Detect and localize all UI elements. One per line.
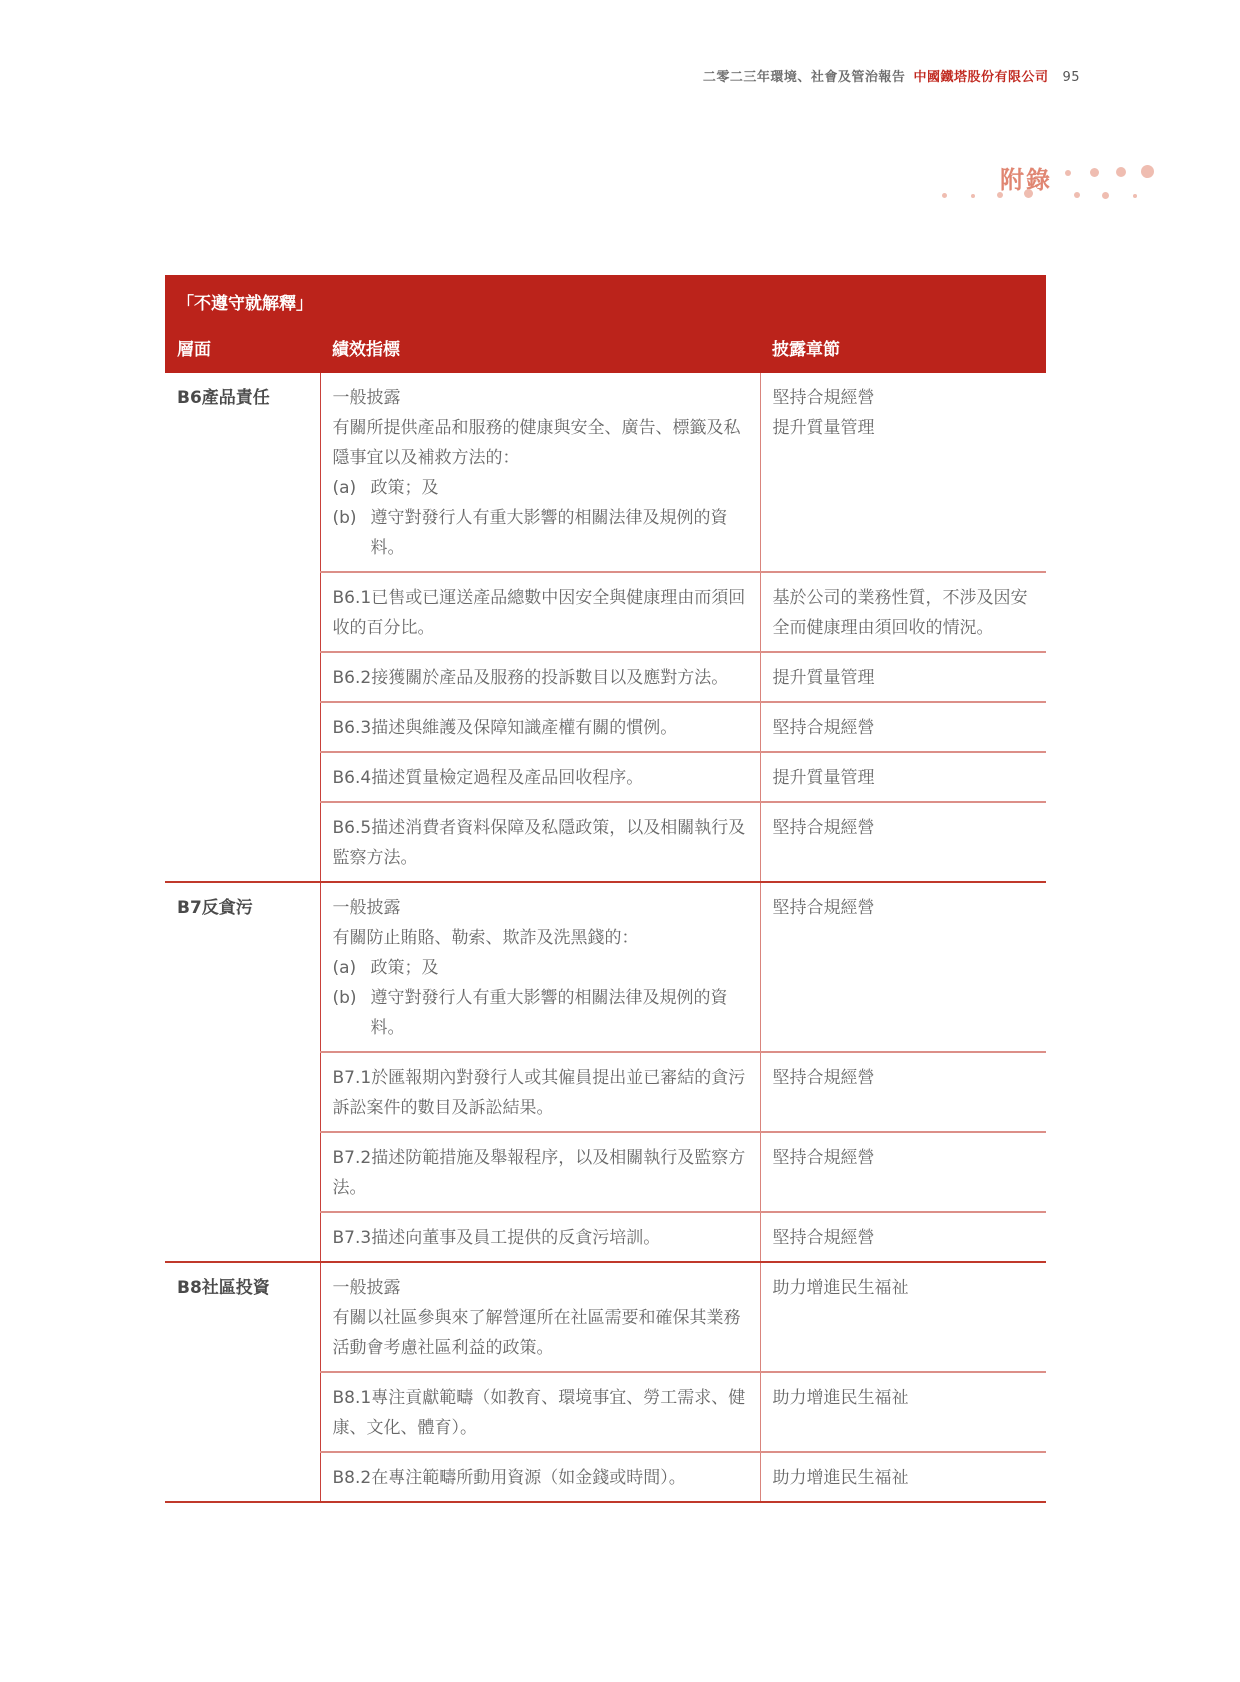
- list-marker: (a): [333, 473, 371, 503]
- list-marker: (b): [333, 983, 371, 1043]
- report-title: 二零二三年環境、社會及管治報告: [703, 70, 906, 85]
- list-text: 遵守對發行人有重大影響的相關法律及規例的資料。: [371, 983, 748, 1043]
- kpi-title: 一般披露: [333, 1273, 748, 1303]
- list-item: (b)遵守對發行人有重大影響的相關法律及規例的資料。: [333, 503, 748, 563]
- dot-icon: [1141, 165, 1154, 178]
- kpi-text: B6.1已售或已運送產品總數中因安全與健康理由而須回收的百分比。: [320, 572, 760, 652]
- column-header-section: 披露章節: [760, 325, 1046, 373]
- dot-icon: [1133, 194, 1137, 198]
- dot-icon: [971, 194, 975, 198]
- section-ref: 提升質量管理: [760, 652, 1046, 702]
- kpi-text: B6.3描述與維護及保障知識產權有關的慣例。: [320, 702, 760, 752]
- section-ref: 堅持合規經營: [760, 882, 1046, 1052]
- kpi-text: B7.3描述向董事及員工提供的反貪污培訓。: [320, 1212, 760, 1262]
- company-name: 中國鐵塔股份有限公司: [913, 70, 1048, 85]
- kpi-title: 一般披露: [333, 383, 748, 413]
- list-item: (a)政策；及: [333, 953, 748, 983]
- section-ref: 堅持合規經營: [760, 1212, 1046, 1262]
- kpi-text: 有關防止賄賂、勒索、欺詐及洗黑錢的：: [333, 923, 748, 953]
- kpi-text: B7.2描述防範措施及舉報程序，以及相關執行及監察方法。: [320, 1132, 760, 1212]
- comply-or-explain-table: 「不遵守就解釋」 層面 績效指標 披露章節 B6產品責任 一般披露 有關所提供產…: [165, 275, 1046, 1503]
- group-b8: B8社區投資 一般披露 有關以社區參與來了解營運所在社區需要和確保其業務活動會考…: [165, 1262, 1046, 1502]
- section-ref: 提升質量管理: [773, 413, 1035, 443]
- section-ref: 堅持合規經營: [760, 1052, 1046, 1132]
- list-marker: (b): [333, 503, 371, 563]
- dot-icon: [1074, 192, 1080, 198]
- group-b7: B7反貪污 一般披露 有關防止賄賂、勒索、欺詐及洗黑錢的： (a)政策；及 (b…: [165, 882, 1046, 1262]
- list-text: 政策；及: [371, 953, 439, 983]
- table-header-row: 層面 績效指標 披露章節: [165, 325, 1046, 373]
- section-ref: 堅持合規經營: [773, 383, 1035, 413]
- aspect-label: B6產品責任: [165, 373, 320, 882]
- list-text: 遵守對發行人有重大影響的相關法律及規例的資料。: [371, 503, 748, 563]
- list-item: (b)遵守對發行人有重大影響的相關法律及規例的資料。: [333, 983, 748, 1043]
- section-ref: 助力增進民生福祉: [760, 1452, 1046, 1502]
- dot-icon: [1065, 170, 1071, 176]
- table-title-row: 「不遵守就解釋」: [165, 275, 1046, 325]
- kpi-text: B8.1專注貢獻範疇（如教育、環境事宜、勞工需求、健康、文化、體育）。: [320, 1372, 760, 1452]
- table-row: B7反貪污 一般披露 有關防止賄賂、勒索、欺詐及洗黑錢的： (a)政策；及 (b…: [165, 882, 1046, 1052]
- section-ref: 堅持合規經營: [760, 1132, 1046, 1212]
- section-ref: 堅持合規經營: [760, 802, 1046, 882]
- section-ref: 基於公司的業務性質，不涉及因安全而健康理由須回收的情況。: [760, 572, 1046, 652]
- kpi-text: B6.2接獲關於產品及服務的投訴數目以及應對方法。: [320, 652, 760, 702]
- dot-icon: [1116, 167, 1126, 177]
- section-ref: 助力增進民生福祉: [760, 1262, 1046, 1372]
- kpi-cell: 一般披露 有關防止賄賂、勒索、欺詐及洗黑錢的： (a)政策；及 (b)遵守對發行…: [320, 882, 760, 1052]
- section-ref: 助力增進民生福祉: [760, 1372, 1046, 1452]
- group-b6: B6產品責任 一般披露 有關所提供產品和服務的健康與安全、廣告、標籤及私隱事宜以…: [165, 373, 1046, 882]
- section-cell: 堅持合規經營 提升質量管理: [760, 373, 1046, 572]
- table-row: B6產品責任 一般披露 有關所提供產品和服務的健康與安全、廣告、標籤及私隱事宜以…: [165, 373, 1046, 572]
- list-text: 政策；及: [371, 473, 439, 503]
- kpi-cell: 一般披露 有關以社區參與來了解營運所在社區需要和確保其業務活動會考慮社區利益的政…: [320, 1262, 760, 1372]
- dot-icon: [997, 192, 1003, 198]
- list-item: (a)政策；及: [333, 473, 748, 503]
- dot-icon: [1102, 192, 1109, 199]
- kpi-text: 有關所提供產品和服務的健康與安全、廣告、標籤及私隱事宜以及補救方法的：: [333, 413, 748, 473]
- dot-icon: [1024, 189, 1033, 198]
- section-ref: 堅持合規經營: [760, 702, 1046, 752]
- page-number: 95: [1062, 70, 1080, 85]
- table-row: B8社區投資 一般披露 有關以社區參與來了解營運所在社區需要和確保其業務活動會考…: [165, 1262, 1046, 1372]
- aspect-label: B8社區投資: [165, 1262, 320, 1502]
- kpi-title: 一般披露: [333, 893, 748, 923]
- section-ref: 提升質量管理: [760, 752, 1046, 802]
- dot-icon: [1090, 168, 1099, 177]
- column-header-kpi: 績效指標: [320, 325, 760, 373]
- kpi-text: B6.5描述消費者資料保障及私隱政策，以及相關執行及監察方法。: [320, 802, 760, 882]
- table-title: 「不遵守就解釋」: [165, 275, 1046, 325]
- running-header: 二零二三年環境、社會及管治報告中國鐵塔股份有限公司95: [703, 66, 1080, 85]
- aspect-label: B7反貪污: [165, 882, 320, 1262]
- kpi-text: B6.4描述質量檢定過程及產品回收程序。: [320, 752, 760, 802]
- list-marker: (a): [333, 953, 371, 983]
- kpi-text: B7.1於匯報期內對發行人或其僱員提出並已審結的貪污訴訟案件的數目及訴訟結果。: [320, 1052, 760, 1132]
- column-header-aspect: 層面: [165, 325, 320, 373]
- kpi-text: B8.2在專注範疇所動用資源（如金錢或時間）。: [320, 1452, 760, 1502]
- kpi-text: 有關以社區參與來了解營運所在社區需要和確保其業務活動會考慮社區利益的政策。: [333, 1303, 748, 1363]
- dot-icon: [942, 193, 947, 198]
- kpi-cell: 一般披露 有關所提供產品和服務的健康與安全、廣告、標籤及私隱事宜以及補救方法的：…: [320, 373, 760, 572]
